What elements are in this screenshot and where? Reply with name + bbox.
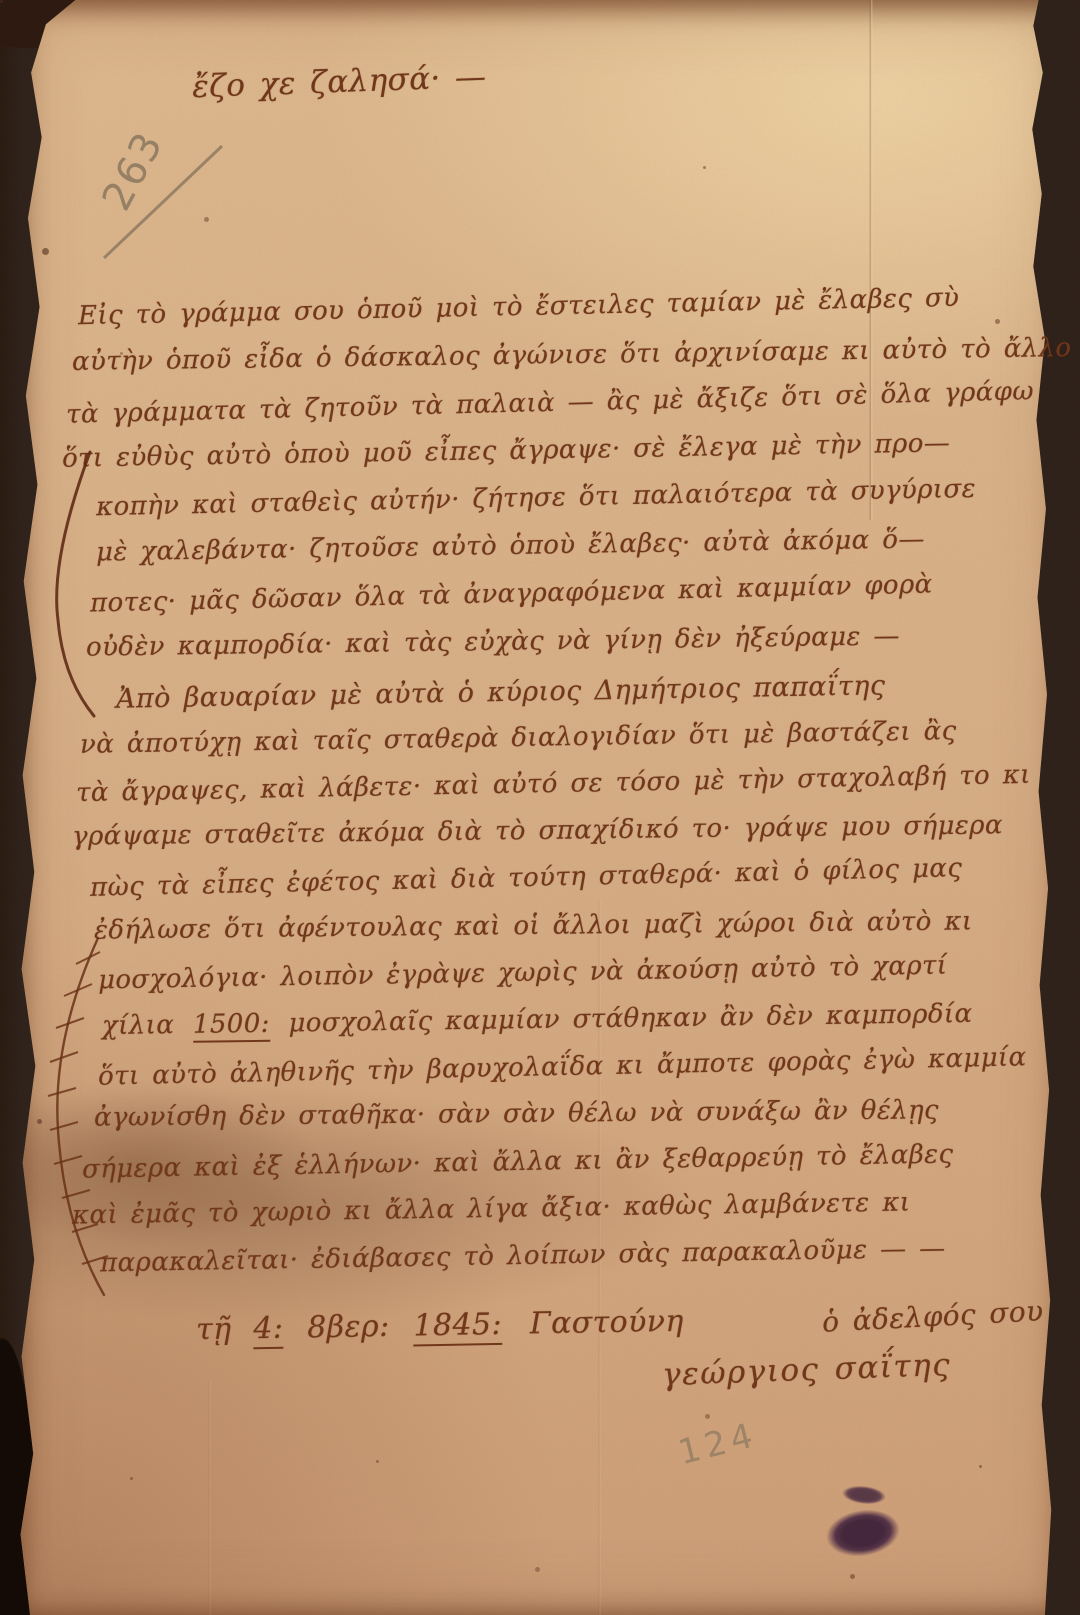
dateline-month: 8βερ: [307, 1309, 390, 1345]
dateline-place: Γαστούνη [530, 1304, 684, 1342]
amount-pre: χίλια [102, 1010, 175, 1041]
dateline-day-prefix: τῇ [196, 1312, 232, 1348]
dateline-year: 1845: [413, 1307, 502, 1347]
fold-crease-bottom-left [208, 1380, 211, 1615]
amount-1500: 1500: [193, 1009, 270, 1043]
foxing-specks [0, 0, 3, 3]
manuscript-photo: 263 124 ἔζο χε ζαλησά· — Εἰς τὸ γράμμα σ… [0, 0, 1080, 1615]
dateline-day: 4: [253, 1311, 284, 1350]
